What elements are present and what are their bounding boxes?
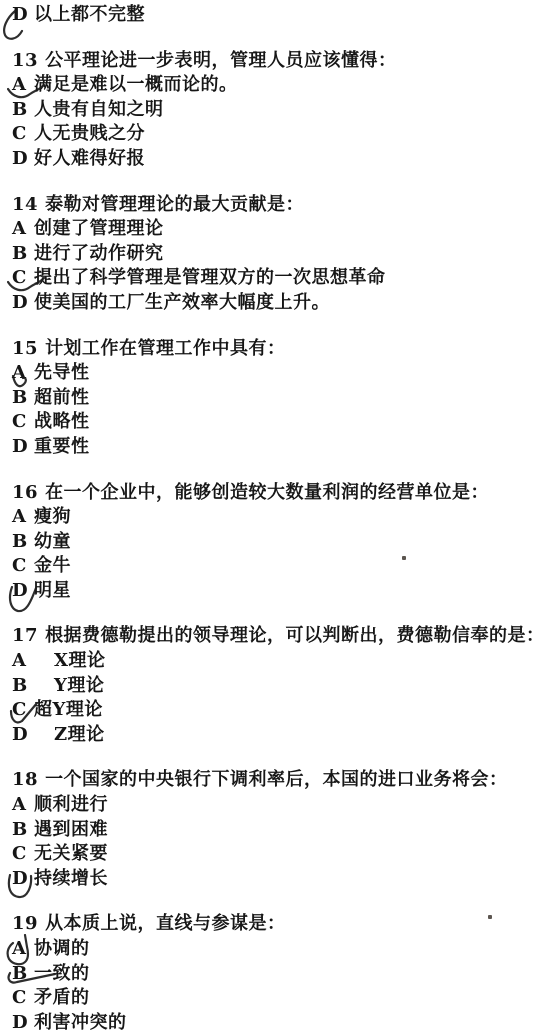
question-18: 18一个国家的中央银行下调利率后，本国的进口业务将会：A顺利进行B遇到困难C无关… [12,768,542,891]
option-line-q16-C: C金牛 [12,554,542,579]
option-letter: A [12,505,34,530]
question-16: 16在一个企业中，能够创造较大数量利润的经营单位是：A瘦狗B幼童C金牛D明星 [12,481,542,604]
option-text: 一致的 [34,963,90,984]
option-text: 超Y理论 [34,699,103,720]
option-line-q19-C: C矛盾的 [12,986,542,1011]
option-letter: B [12,386,34,411]
option-line-q14-A: A创建了管理理论 [12,217,542,242]
option-line-q15-A: A先导性 [12,361,542,386]
option-text: 金牛 [34,555,71,576]
scanned-exam-page: D以上都不完整13公平理论进一步表明，管理人员应该懂得：A满足是难以一概而论的。… [0,0,548,1033]
option-letter: C [12,842,34,867]
option-letter: D [12,435,34,460]
option-text: 超前性 [34,387,90,408]
exam-question-list: D以上都不完整13公平理论进一步表明，管理人员应该懂得：A满足是难以一概而论的。… [12,3,542,1033]
option-text: X理论 [54,650,105,671]
option-text: Y理论 [54,675,104,696]
question-title: 18一个国家的中央银行下调利率后，本国的进口业务将会： [12,768,542,793]
option-text: 利害冲突的 [34,1012,127,1033]
option-line-q15-B: B超前性 [12,386,542,411]
option-letter: C [12,266,34,291]
option-letter: D [12,579,34,604]
option-line-q13-A: A满足是难以一概而论的。 [12,73,542,98]
question-text: 计划工作在管理工作中具有： [45,338,286,359]
option-line-q17-B: BY理论 [12,674,542,699]
option-text: 人无贵贱之分 [34,123,145,144]
option-letter: A [12,217,34,242]
question-17: 17根据费德勒提出的领导理论，可以判断出，费德勒信奉的是：AX理论BY理论C超Y… [12,624,542,747]
option-letter: C [12,410,34,435]
option-line-q13-D: D好人难得好报 [12,147,542,172]
option-text: 遇到困难 [34,819,108,840]
question-number: 17 [12,625,38,646]
option-text: 以上都不完整 [34,4,145,25]
option-letter: A [12,937,34,962]
question-text: 从本质上说，直线与参谋是： [45,913,286,934]
option-line-q15-D: D重要性 [12,435,542,460]
option-line-q13-B: B人贵有自知之明 [12,98,542,123]
option-letter: B [12,818,34,843]
option-line-q16-B: B幼童 [12,530,542,555]
question-text: 在一个企业中，能够创造较大数量利润的经营单位是： [45,482,489,503]
option-letter: A [12,649,54,674]
question-title: 17根据费德勒提出的领导理论，可以判断出，费德勒信奉的是： [12,624,542,649]
option-letter: D [12,3,34,28]
scan-speck [402,556,406,560]
option-line-q18-A: A顺利进行 [12,793,542,818]
option-text: 提出了科学管理是管理双方的一次思想革命 [34,267,386,288]
question-text: 公平理论进一步表明，管理人员应该懂得： [45,50,397,71]
question-13: 13公平理论进一步表明，管理人员应该懂得：A满足是难以一概而论的。B人贵有自知之… [12,49,542,172]
question-number: 16 [12,482,38,503]
option-letter: C [12,554,34,579]
question-number: 14 [12,194,38,215]
option-line-q16-D: D明星 [12,579,542,604]
option-text: 明星 [34,580,71,601]
option-line-q18-D: D持续增长 [12,867,542,892]
option-text: 瘦狗 [34,506,71,527]
question-number: 15 [12,338,38,359]
option-text: 幼童 [34,531,71,552]
question-15: 15计划工作在管理工作中具有：A先导性B超前性C战略性D重要性 [12,337,542,460]
option-letter: B [12,674,54,699]
option-line-q14-B: B进行了动作研究 [12,242,542,267]
option-letter: B [12,530,34,555]
option-text: 人贵有自知之明 [34,99,164,120]
option-text: 矛盾的 [34,987,90,1008]
option-line-q18-C: C无关紧要 [12,842,542,867]
question-text: 根据费德勒提出的领导理论，可以判断出，费德勒信奉的是： [45,625,545,646]
scan-speck [488,915,492,919]
option-text: 持续增长 [34,868,108,889]
question-number: 18 [12,769,38,790]
option-text: 先导性 [34,362,90,383]
option-text: 好人难得好报 [34,148,145,169]
option-line-q13-C: C人无贵贱之分 [12,122,542,147]
option-letter: D [12,723,54,748]
option-line-q17-C: C超Y理论 [12,698,542,723]
option-line-q15-C: C战略性 [12,410,542,435]
question-text: 泰勒对管理理论的最大贡献是： [45,194,304,215]
option-letter: D [12,867,34,892]
option-text: Z理论 [54,724,105,745]
option-line-q14-D: D使美国的工厂生产效率大幅度上升。 [12,291,542,316]
option-text: 顺利进行 [34,794,108,815]
option-text: 创建了管理理论 [34,218,164,239]
option-line-q16-A: A瘦狗 [12,505,542,530]
option-letter: C [12,122,34,147]
option-line-q17-A: AX理论 [12,649,542,674]
question-title: 15计划工作在管理工作中具有： [12,337,542,362]
question-text: 一个国家的中央银行下调利率后，本国的进口业务将会： [45,769,508,790]
question-number: 13 [12,50,38,71]
option-text: 协调的 [34,938,90,959]
question-19: 19从本质上说，直线与参谋是：A协调的B一致的C矛盾的D利害冲突的 [12,912,542,1033]
option-letter: B [12,962,34,987]
question-14: 14泰勒对管理理论的最大贡献是：A创建了管理理论B进行了动作研究C提出了科学管理… [12,193,542,316]
option-letter: D [12,147,34,172]
option-text: 满足是难以一概而论的。 [34,74,238,95]
option-letter: A [12,361,34,386]
option-text: 进行了动作研究 [34,243,164,264]
option-letter: D [12,1011,34,1033]
question-title: 16在一个企业中，能够创造较大数量利润的经营单位是： [12,481,542,506]
option-letter: A [12,793,34,818]
option-letter: B [12,242,34,267]
option-line-q19-B: B一致的 [12,962,542,987]
option-letter: C [12,698,34,723]
question-title: 13公平理论进一步表明，管理人员应该懂得： [12,49,542,74]
option-line-D: D以上都不完整 [12,3,542,28]
option-text: 无关紧要 [34,843,108,864]
option-line-q19-A: A协调的 [12,937,542,962]
option-text: 重要性 [34,436,90,457]
option-line-q18-B: B遇到困难 [12,818,542,843]
option-text: 使美国的工厂生产效率大幅度上升。 [34,292,330,313]
option-line-q17-D: DZ理论 [12,723,542,748]
option-letter: C [12,986,34,1011]
option-letter: D [12,291,34,316]
option-letter: B [12,98,34,123]
question-number: 19 [12,913,38,934]
option-line-q14-C: C提出了科学管理是管理双方的一次思想革命 [12,266,542,291]
option-line-q19-D: D利害冲突的 [12,1011,542,1033]
option-text: 战略性 [34,411,90,432]
question-title: 19从本质上说，直线与参谋是： [12,912,542,937]
option-letter: A [12,73,34,98]
question-title: 14泰勒对管理理论的最大贡献是： [12,193,542,218]
